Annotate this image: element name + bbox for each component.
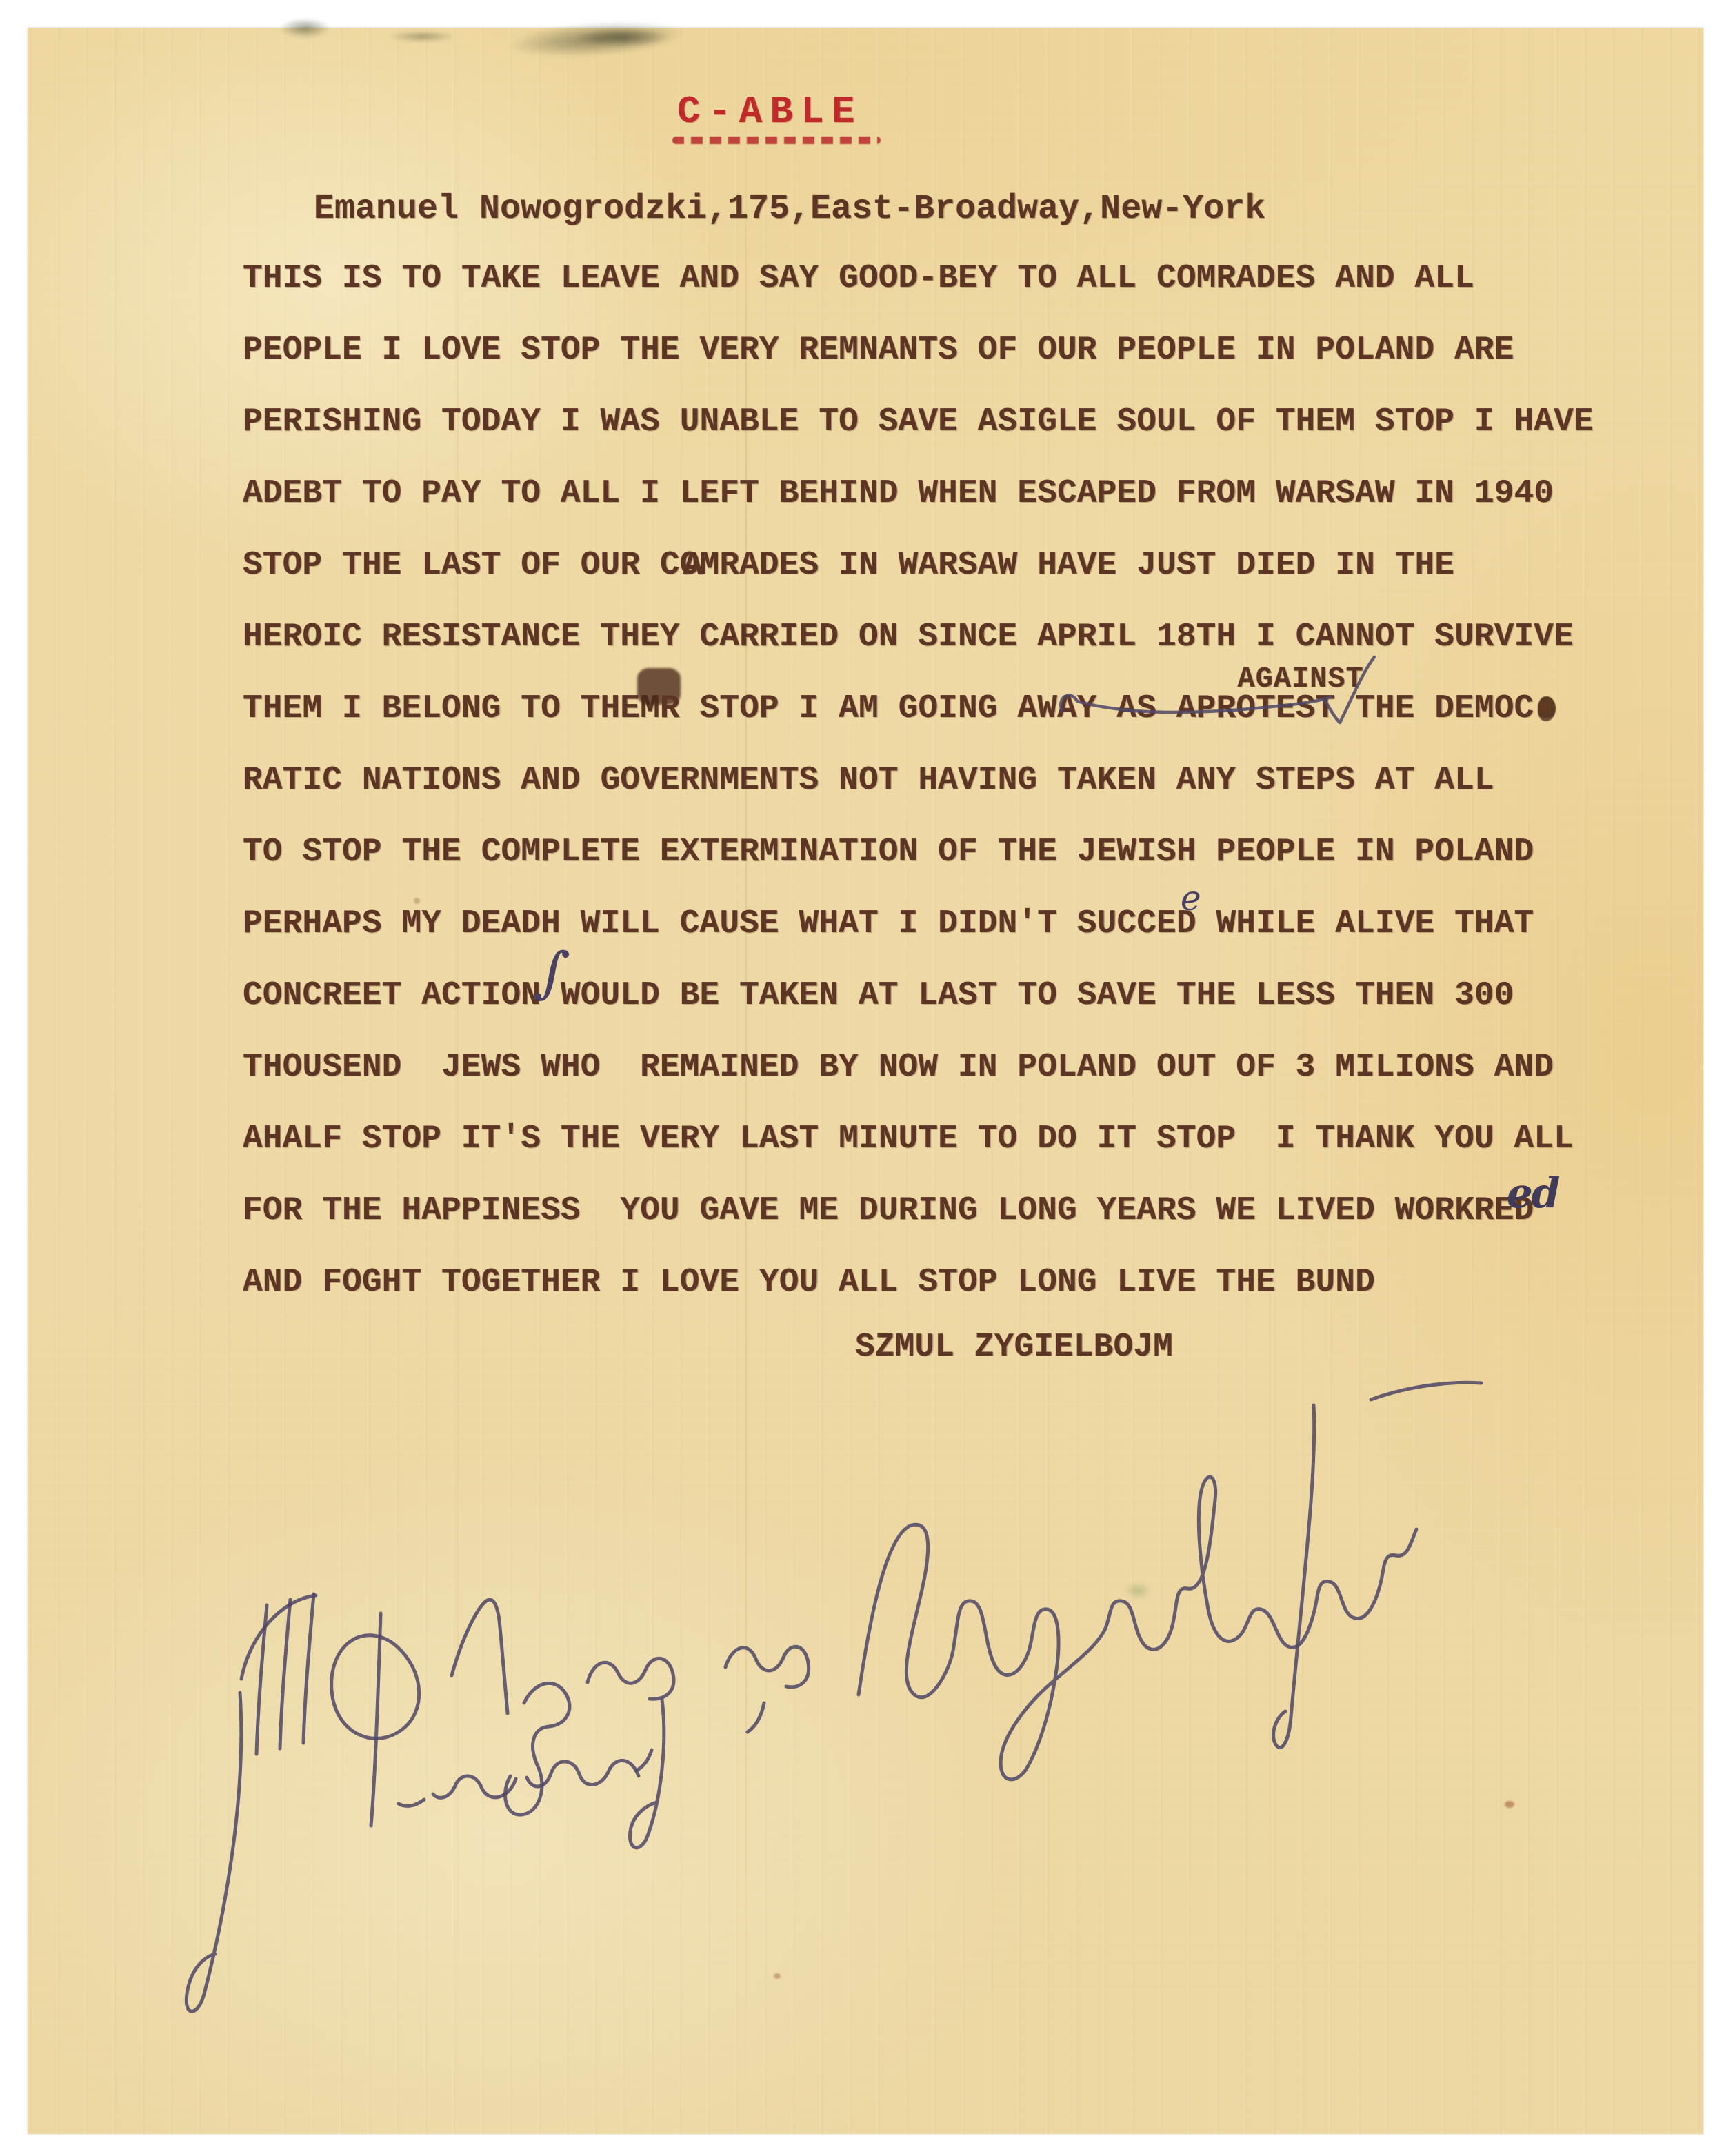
typed-segment: AND FOGHT TOGETHER I LOVE YOU ALL STOP L… xyxy=(243,1247,1375,1318)
typed-segment: OULD BE TAKEN AT LAST TO SAVE THE LESS T… xyxy=(581,960,1514,1031)
typed-signature: SZMUL ZYGIELBOJM xyxy=(855,1328,1173,1368)
typed-segment: TO STOP THE COMPLETE EXTERMINATION OF TH… xyxy=(243,816,1534,888)
typed-segment: CONCREET ACTION xyxy=(243,960,561,1031)
ink-smudge xyxy=(388,30,457,43)
typed-segment: PEOPLE I LOVE STOP THE VERY REMNANTS OF … xyxy=(243,314,1514,386)
typed-segment-blot: M xyxy=(640,673,660,745)
typed-segment: ADEBT TO PAY TO ALL I LEFT BEHIND WHEN E… xyxy=(243,458,1554,530)
ink-smudge xyxy=(279,18,331,39)
typed-segment-hw-above: D xyxy=(1176,888,1196,960)
typed-segment-overstrike: O xyxy=(680,530,700,601)
telegram-line: TO STOP THE COMPLETE EXTERMINATION OF TH… xyxy=(243,816,1594,888)
caret-insertion-stroke xyxy=(979,645,1407,755)
typed-segment: FOR THE HAPPINESS YOU GAVE ME DURING LON… xyxy=(243,1175,1494,1247)
typed-segment: AHALF STOP IT'S THE VERY LAST MINUTE TO … xyxy=(243,1103,1574,1175)
telegram-line: FOR THE HAPPINESS YOU GAVE ME DURING LON… xyxy=(243,1175,1594,1247)
typed-segment: RATIC NATIONS AND GOVERNMENTS NOT HAVING… xyxy=(243,745,1494,816)
telegram-line: RATIC NATIONS AND GOVERNMENTS NOT HAVING… xyxy=(243,745,1594,816)
telegram-line: ADEBT TO PAY TO ALL I LEFT BEHIND WHEN E… xyxy=(243,458,1594,530)
telegram-line: PERISHING TODAY I WAS UNABLE TO SAVE ASI… xyxy=(243,386,1594,458)
typed-segment-hw-ed: ED xyxy=(1494,1175,1534,1247)
telegram-line: PEOPLE I LOVE STOP THE VERY REMNANTS OF … xyxy=(243,314,1594,386)
handwritten-signature xyxy=(793,1372,1517,1800)
telegram-line: THOUSEND JEWS WHO REMAINED BY NOW IN POL… xyxy=(243,1031,1594,1103)
typed-segment: PERISHING TODAY I WAS UNABLE TO SAVE ASI… xyxy=(243,386,1594,458)
title-underline xyxy=(672,137,881,144)
cable-title: C-ABLE xyxy=(677,92,863,131)
typed-segment: THOUSEND JEWS WHO REMAINED BY NOW IN POL… xyxy=(243,1031,1554,1103)
typed-segment: PERHAPS MY DEADH WILL CAUSE WHAT I DIDN'… xyxy=(243,888,1176,960)
ink-smudge xyxy=(506,16,688,63)
telegram-line: AND FOGHT TOGETHER I LOVE YOU ALL STOP L… xyxy=(243,1247,1594,1318)
paper-speck xyxy=(1505,1801,1514,1808)
typed-segment: THIS IS TO TAKE LEAVE AND SAY GOOD-BEY T… xyxy=(243,243,1474,314)
typed-segment: WHILE ALIVE THAT xyxy=(1196,888,1534,960)
telegram-line: STOP THE LAST OF OUR COMRADES IN WARSAW … xyxy=(243,530,1594,601)
typed-segment-end-blob xyxy=(1538,696,1556,721)
scanned-document: C-ABLE Emanuel Nowogrodzki,175,East-Broa… xyxy=(0,0,1724,2156)
typed-segment: THEM I BELONG TO THE xyxy=(243,673,640,745)
telegram-line: CONCREET ACTION WOULD BE TAKEN AT LAST T… xyxy=(243,960,1594,1031)
ink-smudge xyxy=(579,28,669,47)
typed-segment: MRADES IN WARSAW HAVE JUST DIED IN THE xyxy=(700,530,1455,601)
address-line: Emanuel Nowogrodzki,175,East-Broadway,Ne… xyxy=(314,190,1265,228)
telegram-body: THIS IS TO TAKE LEAVE AND SAY GOOD-BEY T… xyxy=(243,243,1594,1318)
handwritten-yiddish-note xyxy=(138,1572,862,2096)
telegram-line: THIS IS TO TAKE LEAVE AND SAY GOOD-BEY T… xyxy=(243,243,1594,314)
typed-segment-hw-strike: W xyxy=(561,960,581,1031)
telegram-line: PERHAPS MY DEADH WILL CAUSE WHAT I DIDN'… xyxy=(243,888,1594,960)
telegram-line: AHALF STOP IT'S THE VERY LAST MINUTE TO … xyxy=(243,1103,1594,1175)
typed-segment: STOP THE LAST OF OUR C xyxy=(243,530,680,601)
